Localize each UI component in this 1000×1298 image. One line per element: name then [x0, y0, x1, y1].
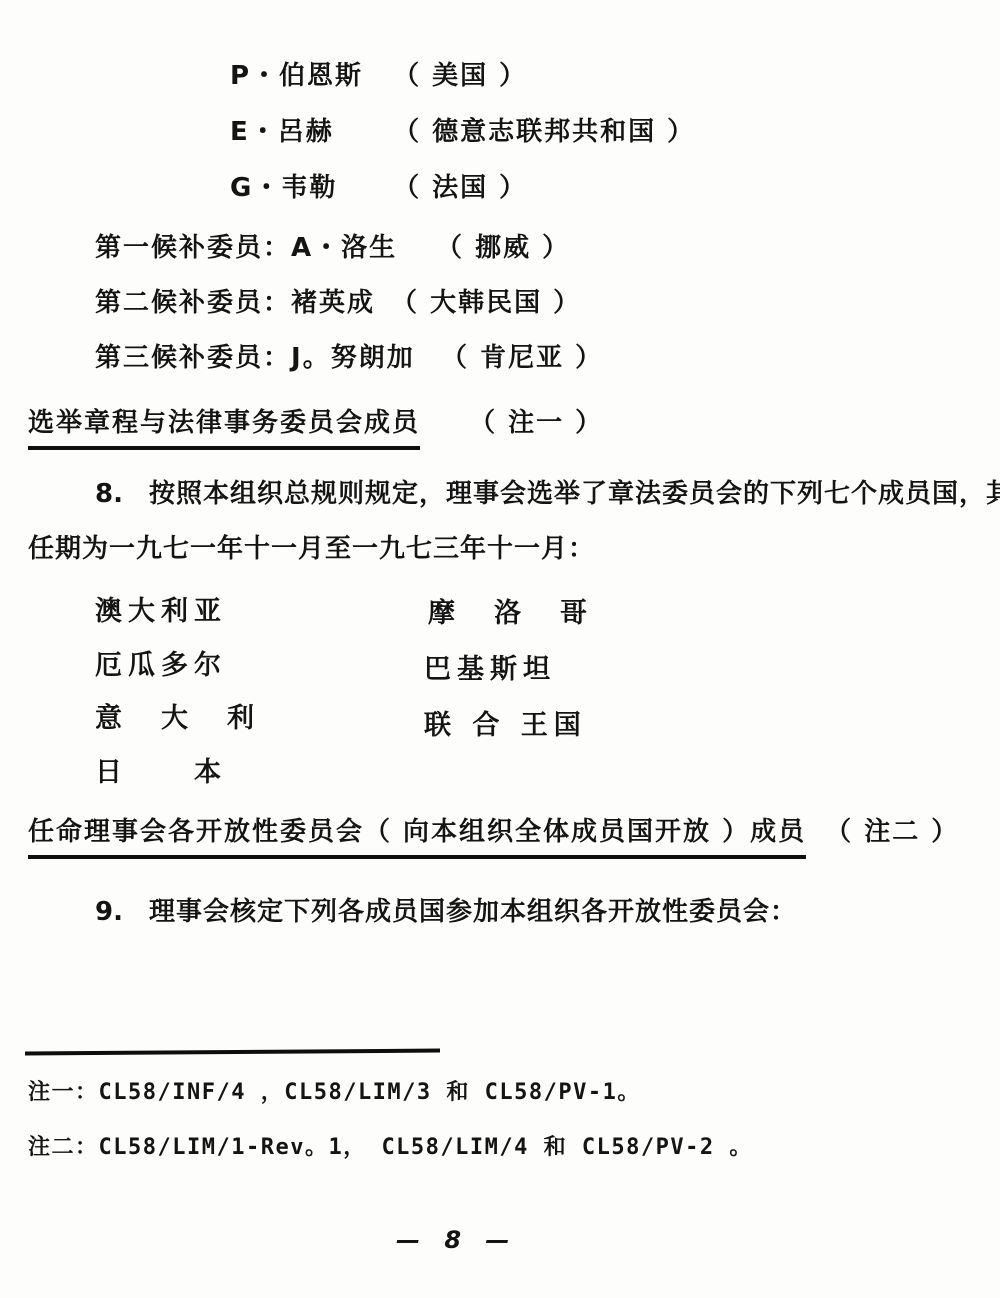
paragraph-8-line-2: 任期为一九七一年十一月至一九七三年十一月： [28, 528, 595, 565]
section2-heading-row: 任命理事会各开放性委员会（ 向本组织全体成员国开放 ）成员 （ 注二 ） [28, 811, 959, 848]
alternate-label: 第一候补委员： [95, 233, 291, 263]
member-country: （ 美国 ） [393, 61, 527, 91]
section1-heading-row: 选举章程与法律事务委员会成员 （ 注一 ） [28, 402, 603, 439]
country-item: 澳大利亚 [95, 589, 227, 628]
document-page: P・伯恩斯 （ 美国 ） E・呂赫 （ 德意志联邦共和国 ） G・韦勒 （ 法国… [0, 0, 1000, 1298]
alternate-name: 褚英成 [291, 282, 391, 319]
member-row: P・伯恩斯 （ 美国 ） [230, 55, 527, 92]
footnote-2-text: CL58/LIM/1-Rev。1， CL58/LIM/4 和 CL58/PV-2… [99, 1135, 753, 1160]
footnote-separator-rule [25, 1049, 440, 1056]
member-row: G・韦勒 （ 法国 ） [230, 167, 527, 204]
country-item: 摩 洛 哥 [428, 591, 593, 630]
paragraph-9: 9.理事会核定下列各成员国参加本组织各开放性委员会： [95, 891, 797, 928]
member-country: （ 德意志联邦共和国 ） [393, 117, 695, 147]
member-country: （ 法国 ） [393, 173, 527, 203]
alternate-member-row: 第一候补委员：A・洛生（ 挪威 ） [95, 227, 570, 264]
alternate-country: （ 肯尼亚 ） [441, 343, 603, 373]
paragraph-8-text: 按照本组织总规则规定，理事会选举了章法委员会的下列七个成员国，其 [149, 479, 1000, 509]
section2-heading: 任命理事会各开放性委员会（ 向本组织全体成员国开放 ）成员 [28, 817, 806, 859]
member-name: P・伯恩斯 [230, 55, 382, 92]
country-item: 联 合 王国 [424, 703, 587, 742]
alternate-label: 第二候补委员： [95, 288, 291, 318]
alternate-name: A・洛生 [291, 227, 436, 264]
footnote-1-text: CL58/INF/4 ，CL58/LIM/3 和 CL58/PV-1。 [99, 1080, 641, 1105]
footnote-2: 注二：CL58/LIM/1-Rev。1， CL58/LIM/4 和 CL58/P… [28, 1130, 753, 1161]
country-item: 厄瓜多尔 [95, 643, 227, 682]
alternate-country: （ 挪威 ） [436, 233, 570, 263]
section1-footnote-ref: （ 注一 ） [469, 408, 603, 438]
alternate-label: 第三候补委员： [95, 343, 291, 373]
footnote-2-label: 注二： [28, 1135, 99, 1160]
country-item: 巴基斯坦 [424, 647, 556, 686]
member-row: E・呂赫 （ 德意志联邦共和国 ） [230, 111, 695, 148]
member-name: G・韦勒 [230, 167, 382, 204]
country-item: 意 大 利 [95, 696, 260, 735]
footnote-1: 注一：CL58/INF/4 ，CL58/LIM/3 和 CL58/PV-1。 [28, 1075, 641, 1106]
alternate-member-row: 第三候补委员：J。努朗加（ 肯尼亚 ） [95, 337, 603, 374]
alternate-member-row: 第二候补委员：褚英成（ 大韩民国 ） [95, 282, 581, 319]
paragraph-9-number: 9. [95, 897, 123, 927]
member-name: E・呂赫 [230, 111, 382, 148]
paragraph-8-line-1: 8.按照本组织总规则规定，理事会选举了章法委员会的下列七个成员国，其 [95, 473, 1000, 510]
section2-footnote-ref: （ 注二 ） [825, 817, 959, 847]
footnote-1-label: 注一： [28, 1080, 99, 1105]
section1-heading: 选举章程与法律事务委员会成员 [28, 408, 420, 450]
paragraph-9-text: 理事会核定下列各成员国参加本组织各开放性委员会： [149, 897, 797, 927]
alternate-country: （ 大韩民国 ） [391, 288, 581, 318]
paragraph-8-number: 8. [95, 479, 123, 509]
alternate-name: J。努朗加 [291, 337, 441, 374]
country-item: 日 本 [95, 750, 227, 789]
page-number: — 8 — [396, 1226, 517, 1254]
